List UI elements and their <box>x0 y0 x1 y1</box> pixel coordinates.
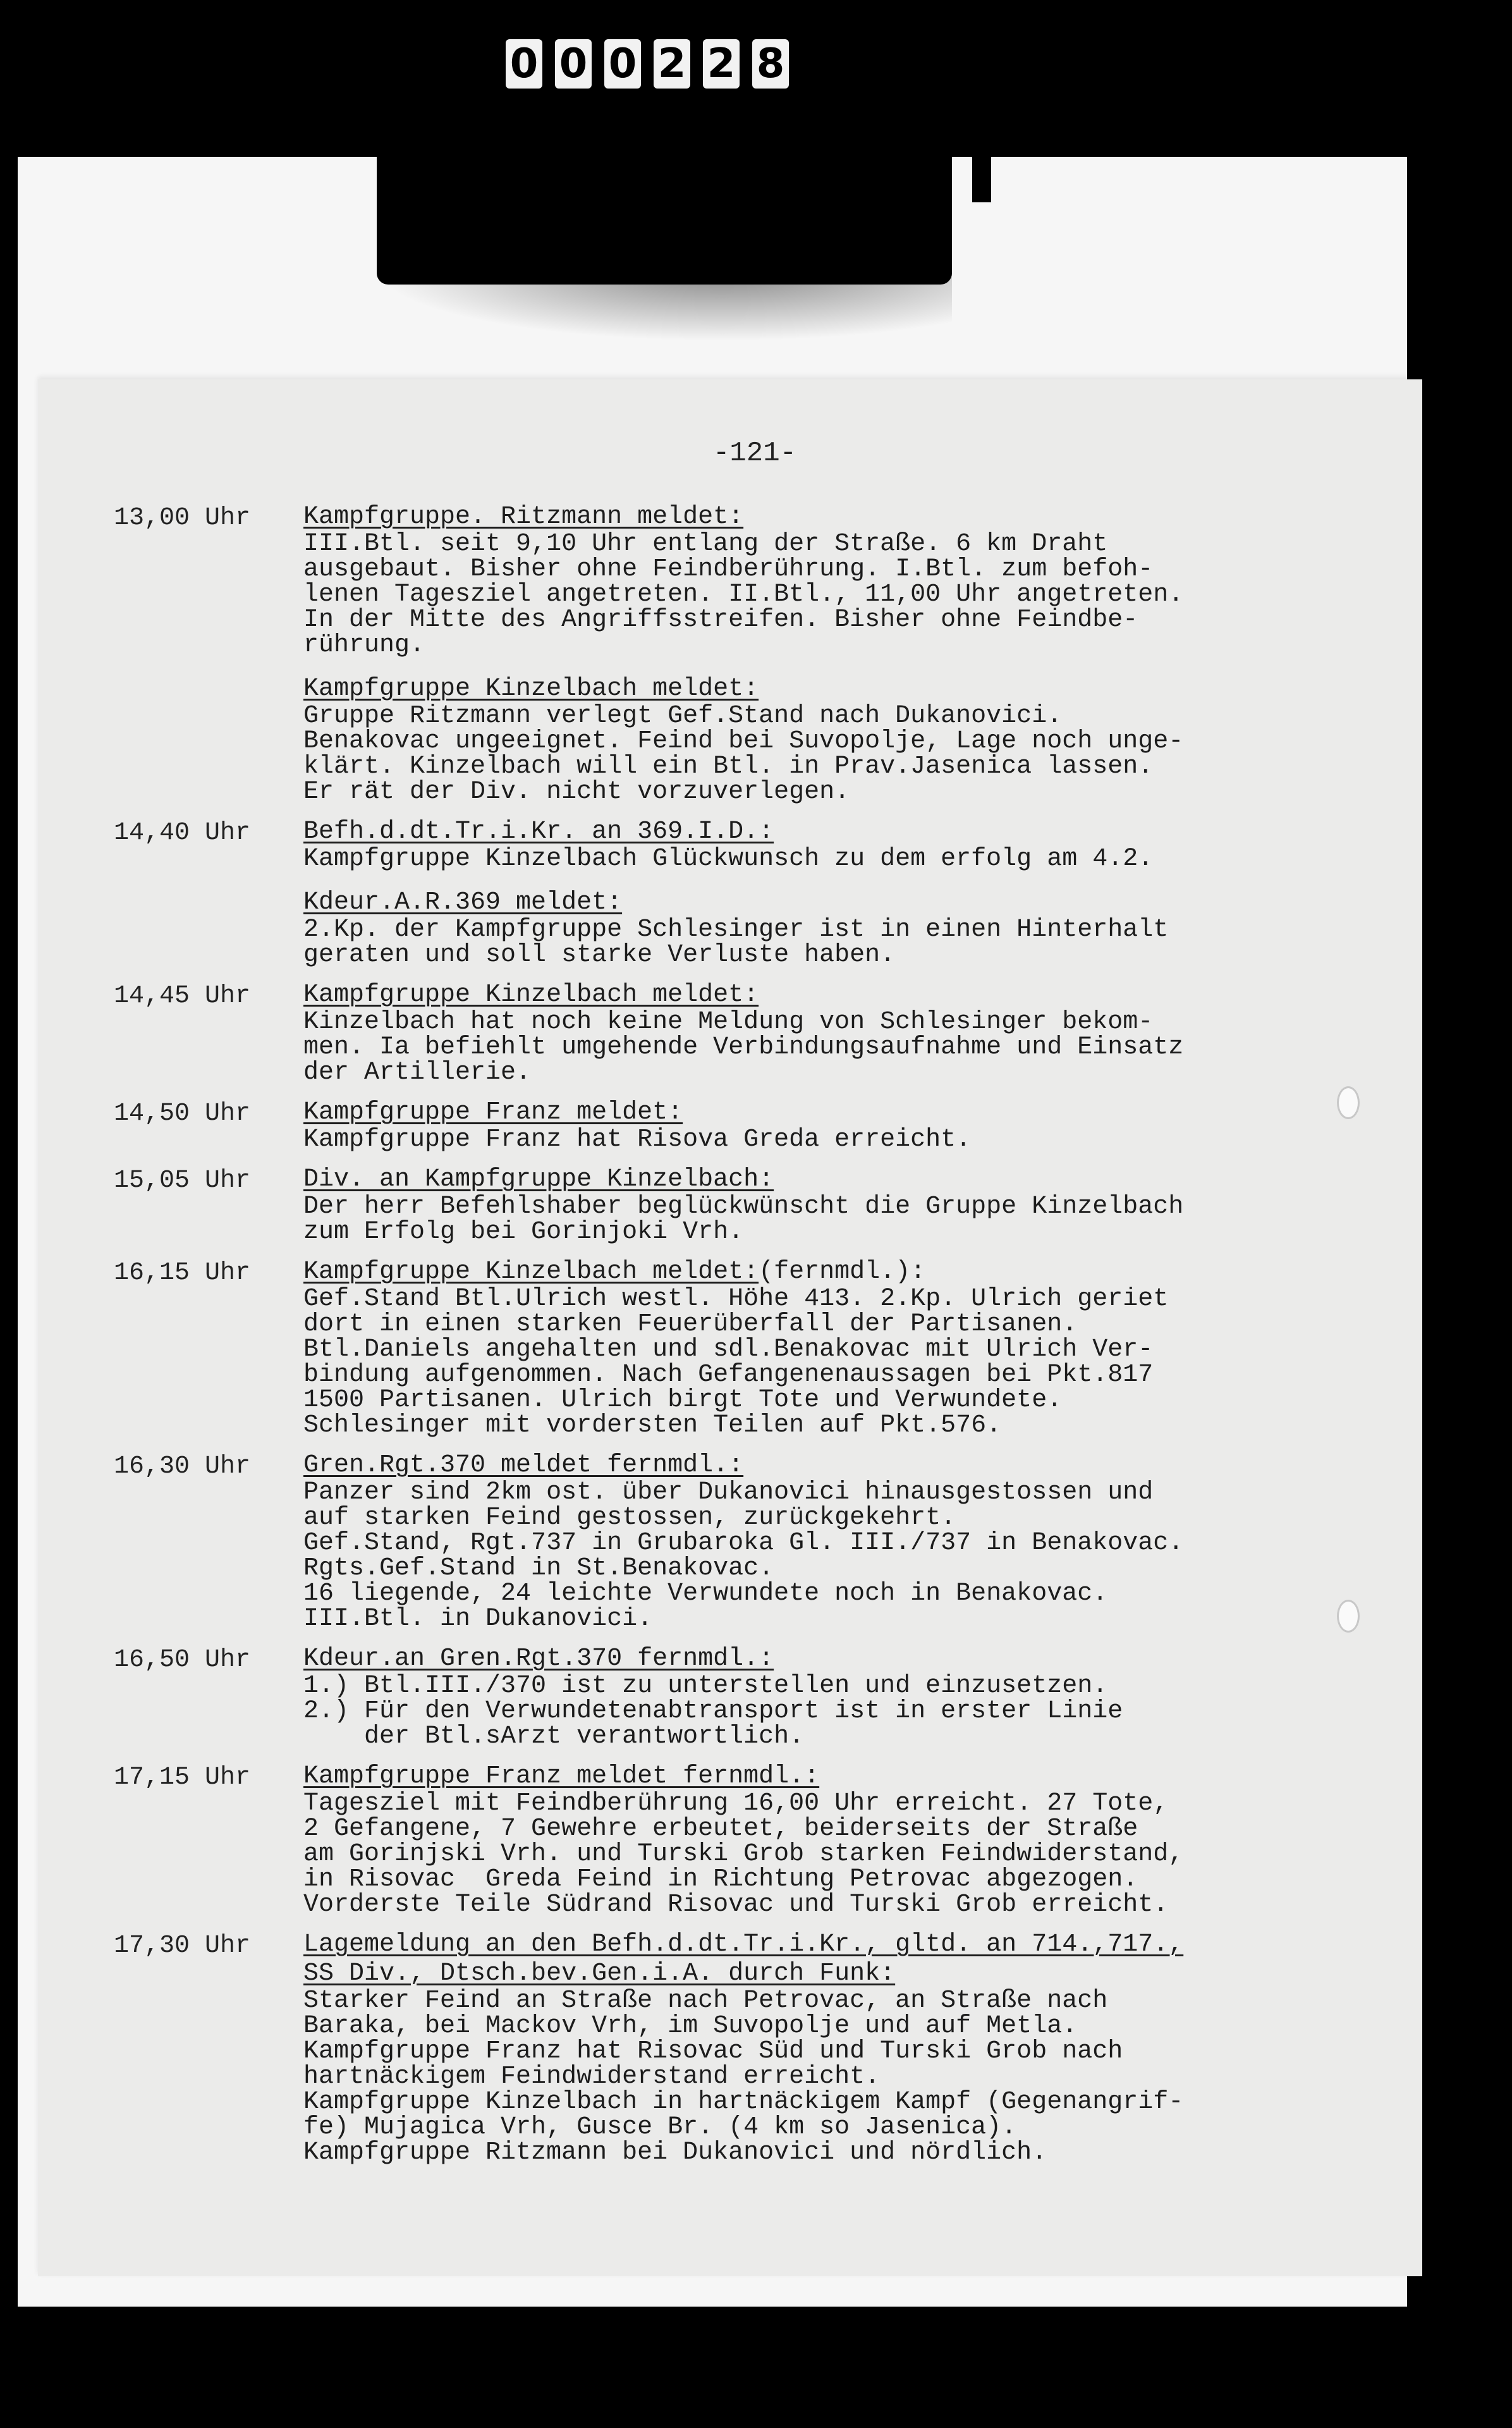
message-line: Baraka, bei Mackov Vrh, im Suvopolje und… <box>303 2014 1353 2039</box>
message-heading-continued: SS Div., Dtsch.bev.Gen.i.A. durch Funk: <box>303 1959 1353 1989</box>
message-heading: Kampfgruppe Franz meldet fernmdl.: <box>303 1762 1353 1791</box>
log-entries: 13,00 UhrKampfgruppe. Ritzmann meldet:II… <box>114 503 1353 2178</box>
message-heading: Kdeur.A.R.369 meldet: <box>303 888 1353 917</box>
entry-time: 15,05 Uhr <box>114 1165 303 1245</box>
entry-time: 16,50 Uhr <box>114 1645 303 1750</box>
message-line: lenen Tagesziel angetreten. II.Btl., 11,… <box>303 582 1353 608</box>
message-line: Benakovac ungeeignet. Feind bei Suvopolj… <box>303 729 1353 754</box>
message-heading: Kdeur.an Gren.Rgt.370 fernmdl.: <box>303 1645 1353 1674</box>
message-line: Vorderste Teile Südrand Risovac und Turs… <box>303 1892 1353 1918</box>
frame-digit: 8 <box>752 39 789 89</box>
entry-time: 17,15 Uhr <box>114 1762 303 1918</box>
entry-body: Kampfgruppe Franz meldet fernmdl.:Tagesz… <box>303 1762 1353 1918</box>
document-page: -121- 13,00 UhrKampfgruppe. Ritzmann mel… <box>38 379 1422 2276</box>
message-line: Tagesziel mit Feindberührung 16,00 Uhr e… <box>303 1791 1353 1817</box>
message-heading: Kampfgruppe Franz meldet: <box>303 1098 1353 1127</box>
entry-body: Div. an Kampfgruppe Kinzelbach:Der herr … <box>303 1165 1353 1245</box>
message-line: III.Btl. in Dukanovici. <box>303 1607 1353 1632</box>
frame-digit: 2 <box>654 39 690 89</box>
punch-hole <box>1337 1600 1360 1633</box>
entry-time: 16,15 Uhr <box>114 1258 303 1438</box>
log-entry: 14,40 UhrBefh.d.dt.Tr.i.Kr. an 369.I.D.:… <box>114 818 1353 968</box>
message-line: 16 liegende, 24 leichte Verwundete noch … <box>303 1581 1353 1607</box>
message: Kampfgruppe Kinzelbach meldet:(fernmdl.)… <box>303 1258 1353 1438</box>
message-line: geraten und soll starke Verluste haben. <box>303 943 1353 968</box>
message-line: Gruppe Ritzmann verlegt Gef.Stand nach D… <box>303 704 1353 729</box>
message: Lagemeldung an den Befh.d.dt.Tr.i.Kr., g… <box>303 1930 1353 2166</box>
frame-digit: 0 <box>604 39 641 89</box>
log-entry: 16,30 UhrGren.Rgt.370 meldet fernmdl.:Pa… <box>114 1451 1353 1632</box>
message: Befh.d.dt.Tr.i.Kr. an 369.I.D.:Kampfgrup… <box>303 818 1353 872</box>
message-line: 2.Kp. der Kampfgruppe Schlesinger ist in… <box>303 917 1353 943</box>
message-line: Schlesinger mit vordersten Teilen auf Pk… <box>303 1413 1353 1438</box>
message: Kampfgruppe Kinzelbach meldet:Gruppe Rit… <box>303 675 1353 805</box>
message-line: zum Erfolg bei Gorinjoki Vrh. <box>303 1220 1353 1245</box>
message-line: hartnäckigem Feindwiderstand erreicht. <box>303 2064 1353 2090</box>
message-line: Btl.Daniels angehalten und sdl.Benakovac… <box>303 1337 1353 1363</box>
message: Kampfgruppe Franz meldet:Kampfgruppe Fra… <box>303 1098 1353 1153</box>
entry-body: Kampfgruppe Kinzelbach meldet:(fernmdl.)… <box>303 1258 1353 1438</box>
message-line: Panzer sind 2km ost. über Dukanovici hin… <box>303 1480 1353 1505</box>
entry-body: Kampfgruppe. Ritzmann meldet:III.Btl. se… <box>303 503 1353 805</box>
message-line: III.Btl. seit 9,10 Uhr entlang der Straß… <box>303 532 1353 557</box>
log-entry: 14,45 UhrKampfgruppe Kinzelbach meldet:K… <box>114 981 1353 1086</box>
message: Kdeur.A.R.369 meldet:2.Kp. der Kampfgrup… <box>303 888 1353 968</box>
message-line: am Gorinjski Vrh. und Turski Grob starke… <box>303 1842 1353 1867</box>
message-line: dort in einen starken Feuerüberfall der … <box>303 1312 1353 1337</box>
message-line: ausgebaut. Bisher ohne Feindberührung. I… <box>303 557 1353 582</box>
message-line: bindung aufgenommen. Nach Gefangenenauss… <box>303 1363 1353 1388</box>
log-entry: 17,15 UhrKampfgruppe Franz meldet fernmd… <box>114 1762 1353 1918</box>
message-line: der Btl.sArzt verantwortlich. <box>303 1724 1353 1750</box>
log-entry: 15,05 UhrDiv. an Kampfgruppe Kinzelbach:… <box>114 1165 1353 1245</box>
message: Kampfgruppe Kinzelbach meldet:Kinzelbach… <box>303 981 1353 1086</box>
message-line: der Artillerie. <box>303 1060 1353 1086</box>
message: Kdeur.an Gren.Rgt.370 fernmdl.:1.) Btl.I… <box>303 1645 1353 1750</box>
message-line: Rgts.Gef.Stand in St.Benakovac. <box>303 1556 1353 1581</box>
message-line: Kampfgruppe Franz hat Risova Greda errei… <box>303 1127 1353 1153</box>
message-line: Kampfgruppe Kinzelbach Glückwunsch zu de… <box>303 847 1353 872</box>
entry-time: 17,30 Uhr <box>114 1930 303 2166</box>
log-entry: 13,00 UhrKampfgruppe. Ritzmann meldet:II… <box>114 503 1353 805</box>
entry-body: Gren.Rgt.370 meldet fernmdl.:Panzer sind… <box>303 1451 1353 1632</box>
punch-hole <box>1337 1086 1360 1119</box>
message-line: Starker Feind an Straße nach Petrovac, a… <box>303 1989 1353 2014</box>
message-line: Gef.Stand Btl.Ulrich westl. Höhe 413. 2.… <box>303 1287 1353 1312</box>
message: Kampfgruppe Franz meldet fernmdl.:Tagesz… <box>303 1762 1353 1918</box>
message-line: Der herr Befehlshaber beglückwünscht die… <box>303 1194 1353 1220</box>
message-line: Er rät der Div. nicht vorzuverlegen. <box>303 780 1353 805</box>
entry-body: Befh.d.dt.Tr.i.Kr. an 369.I.D.:Kampfgrup… <box>303 818 1353 968</box>
frame-digit: 2 <box>703 39 740 89</box>
log-entry: 16,15 UhrKampfgruppe Kinzelbach meldet:(… <box>114 1258 1353 1438</box>
log-entry: 14,50 UhrKampfgruppe Franz meldet:Kampfg… <box>114 1098 1353 1153</box>
message-line: 1.) Btl.III./370 ist zu unterstellen und… <box>303 1674 1353 1699</box>
entry-body: Kdeur.an Gren.Rgt.370 fernmdl.:1.) Btl.I… <box>303 1645 1353 1750</box>
message: Gren.Rgt.370 meldet fernmdl.:Panzer sind… <box>303 1451 1353 1632</box>
clip-tab <box>972 157 991 202</box>
message-heading: Gren.Rgt.370 meldet fernmdl.: <box>303 1451 1353 1480</box>
log-entry: 17,30 UhrLagemeldung an den Befh.d.dt.Tr… <box>114 1930 1353 2166</box>
message-line: 1500 Partisanen. Ulrich birgt Tote und V… <box>303 1388 1353 1413</box>
message-heading: Lagemeldung an den Befh.d.dt.Tr.i.Kr., g… <box>303 1930 1353 1959</box>
message-heading: Kampfgruppe. Ritzmann meldet: <box>303 503 1353 532</box>
heading-suffix: (fernmdl.): <box>759 1258 925 1287</box>
message-line: in Risovac Greda Feind in Richtung Petro… <box>303 1867 1353 1892</box>
entry-time: 14,40 Uhr <box>114 818 303 968</box>
entry-time: 14,45 Uhr <box>114 981 303 1086</box>
page-number: -121- <box>713 438 796 469</box>
message-line: Kampfgruppe Franz hat Risovac Süd und Tu… <box>303 2039 1353 2064</box>
entry-body: Kampfgruppe Kinzelbach meldet:Kinzelbach… <box>303 981 1353 1086</box>
message-line: 2 Gefangene, 7 Gewehre erbeutet, beiders… <box>303 1817 1353 1842</box>
frame-digit: 0 <box>555 39 592 89</box>
document-clip <box>377 152 952 285</box>
message-line: Gef.Stand, Rgt.737 in Grubaroka Gl. III.… <box>303 1531 1353 1556</box>
entry-body: Kampfgruppe Franz meldet:Kampfgruppe Fra… <box>303 1098 1353 1153</box>
frame-number: 000228 <box>506 39 789 89</box>
message: Kampfgruppe. Ritzmann meldet:III.Btl. se… <box>303 503 1353 658</box>
message-heading: Div. an Kampfgruppe Kinzelbach: <box>303 1165 1353 1194</box>
message-line: Kinzelbach hat noch keine Meldung von Sc… <box>303 1010 1353 1035</box>
message-line: 2.) Für den Verwundetenabtransport ist i… <box>303 1699 1353 1724</box>
message-line: klärt. Kinzelbach will ein Btl. in Prav.… <box>303 754 1353 780</box>
entry-body: Lagemeldung an den Befh.d.dt.Tr.i.Kr., g… <box>303 1930 1353 2166</box>
message-line: auf starken Feind gestossen, zurückgekeh… <box>303 1505 1353 1531</box>
message-line: Kampfgruppe Kinzelbach in hartnäckigem K… <box>303 2090 1353 2115</box>
message: Div. an Kampfgruppe Kinzelbach:Der herr … <box>303 1165 1353 1245</box>
log-entry: 16,50 UhrKdeur.an Gren.Rgt.370 fernmdl.:… <box>114 1645 1353 1750</box>
entry-time: 13,00 Uhr <box>114 503 303 805</box>
message-heading: Kampfgruppe Kinzelbach meldet: <box>303 675 1353 704</box>
frame-digit: 0 <box>506 39 542 89</box>
message-heading: Kampfgruppe Kinzelbach meldet:(fernmdl.)… <box>303 1258 1353 1287</box>
message-line: men. Ia befiehlt umgehende Verbindungsau… <box>303 1035 1353 1060</box>
message-heading: Kampfgruppe Kinzelbach meldet: <box>303 981 1353 1010</box>
message-line: In der Mitte des Angriffsstreifen. Bishe… <box>303 608 1353 633</box>
entry-time: 16,30 Uhr <box>114 1451 303 1632</box>
message-line: fe) Mujagica Vrh, Gusce Br. (4 km so Jas… <box>303 2115 1353 2140</box>
message-heading: Befh.d.dt.Tr.i.Kr. an 369.I.D.: <box>303 818 1353 847</box>
message-line: rührung. <box>303 633 1353 658</box>
message-line: Kampfgruppe Ritzmann bei Dukanovici und … <box>303 2140 1353 2166</box>
entry-time: 14,50 Uhr <box>114 1098 303 1153</box>
